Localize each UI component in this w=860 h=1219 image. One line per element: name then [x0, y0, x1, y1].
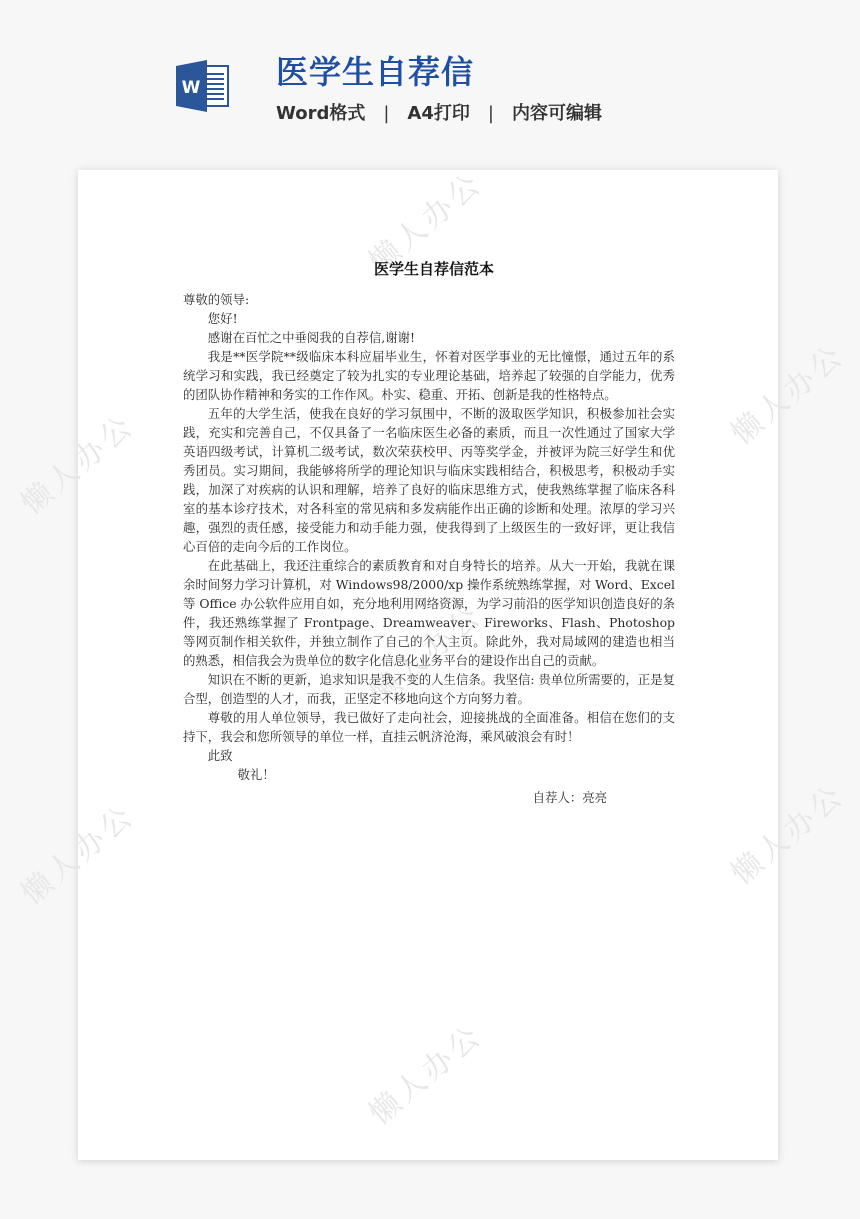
header: W 医学生自荐信 Word格式|A4打印|内容可编辑 — [0, 0, 860, 160]
letter-body: 医学生自荐信范本 尊敬的领导: 您好! 感谢在百忙之中垂阅我的自荐信,谢谢! 我… — [183, 258, 675, 807]
closing: 此致 — [183, 746, 675, 765]
watermark: 懒人办公 — [358, 1011, 490, 1132]
svg-text:W: W — [182, 78, 201, 98]
watermark: 懒人办公 — [720, 771, 852, 892]
paragraph: 我是**医学院**级临床本科应届毕业生，怀着对医学事业的无比憧憬，通过五年的系统… — [183, 347, 675, 404]
document-title: 医学生自荐信 — [276, 52, 474, 92]
paragraph: 五年的大学生活，使我在良好的学习氛围中，不断的汲取医学知识，积极参加社会实践，充… — [183, 404, 675, 556]
tag-editable: 内容可编辑 — [512, 103, 602, 124]
letter-title: 医学生自荐信范本 — [193, 258, 675, 280]
greeting: 您好! — [183, 309, 675, 328]
watermark: 懒人办公 — [720, 331, 852, 452]
paragraph: 在此基础上，我还注重综合的素质教育和对自身特长的培养。从大一开始，我就在课余时间… — [183, 556, 675, 670]
tag-format: Word格式 — [276, 103, 365, 124]
paragraph: 知识在不断的更新，追求知识是我不变的人生信条。我坚信: 贵单位所需要的，正是复合… — [183, 670, 675, 708]
word-doc-icon: W — [175, 60, 231, 112]
paragraph: 感谢在百忙之中垂阅我的自荐信,谢谢! — [183, 328, 675, 347]
tag-separator: | — [383, 101, 389, 127]
signature: 自荐人：亮亮 — [183, 788, 675, 807]
watermark: 懒人办公 — [10, 401, 142, 522]
tag-print: A4打印 — [407, 103, 469, 124]
paragraph: 尊敬的用人单位领导，我已做好了走向社会，迎接挑战的全面准备。相信在您们的支持下，… — [183, 708, 675, 746]
watermark: 懒人办公 — [10, 791, 142, 912]
salutation: 尊敬的领导: — [183, 290, 675, 309]
document-tags: Word格式|A4打印|内容可编辑 — [276, 101, 602, 127]
tag-separator: | — [488, 101, 494, 127]
regards: 敬礼！ — [183, 765, 675, 784]
document-page: 懒人办公 懒人办公 懒人办公 懒人办公 懒人办公 懒人办公 懒人办公 医学生自荐… — [78, 170, 778, 1160]
